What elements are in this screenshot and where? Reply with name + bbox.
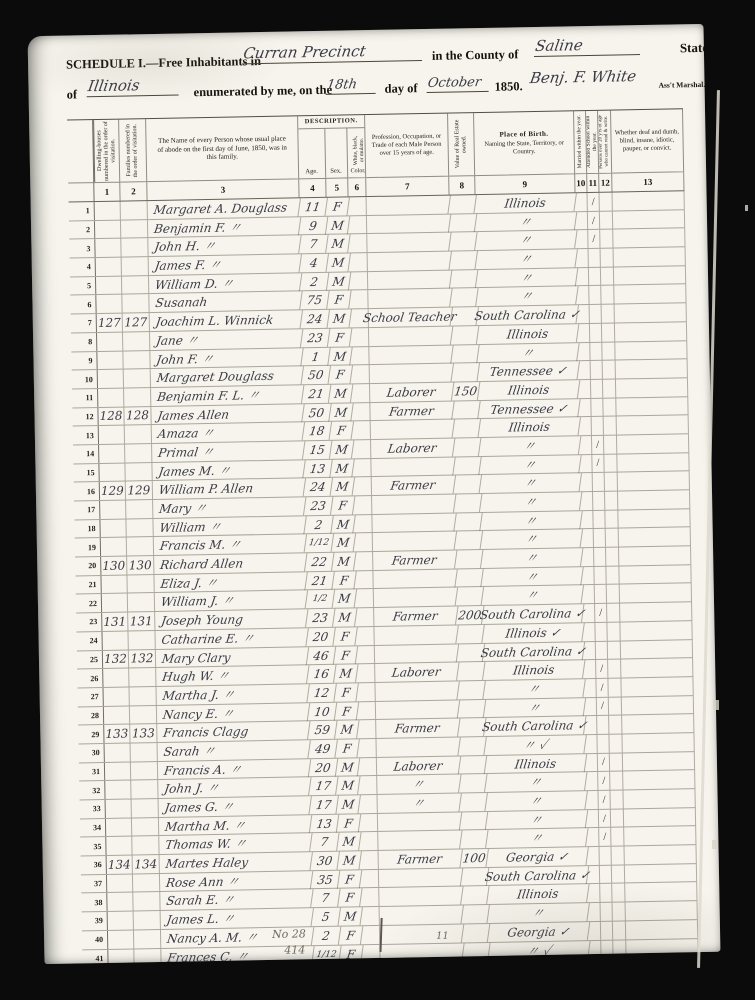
cell-dwelling-number [99, 444, 125, 462]
cell-school-mark [595, 585, 607, 603]
cell-age: 1/2 [306, 590, 335, 608]
col-number: 13 [612, 171, 684, 191]
cell-school-mark [597, 716, 609, 734]
cell-birthplace: 〃 [482, 586, 584, 606]
marshal-label: Ass't Marshal. [658, 80, 705, 90]
cell-color [359, 776, 377, 794]
cell-family-number [130, 706, 157, 724]
cell-age: 2 [300, 273, 329, 291]
cell-condition [621, 658, 693, 677]
cell-condition [614, 285, 686, 304]
cell-married-mark [582, 548, 594, 566]
cell-condition [614, 266, 686, 285]
cell-cannot-read-mark [602, 305, 615, 323]
cell-color [358, 739, 376, 757]
cell-married-mark [583, 623, 595, 641]
cell-person-name: Joachim L. Winnick [149, 310, 303, 331]
cell-school-mark [591, 361, 603, 379]
cell-family-number [127, 537, 154, 555]
county-handwritten: Saline [534, 35, 640, 57]
cell-person-name: Rose Ann 〃 [159, 871, 313, 892]
cell-condition [624, 808, 696, 827]
cell-real-estate-value [455, 531, 483, 549]
cell-condition [619, 565, 691, 584]
col-number: 12 [599, 173, 612, 192]
line-number: 22 [76, 594, 102, 612]
cell-cannot-read-mark [608, 660, 621, 678]
table-rows: 1Margaret A. Douglass11FIllinois/2Benjam… [69, 191, 699, 964]
cell-dwelling-number: 132 [103, 650, 129, 668]
cell-sex: M [333, 590, 357, 608]
line-number: 25 [77, 650, 103, 668]
line-number: 37 [81, 875, 107, 893]
cell-real-estate-value [457, 662, 485, 680]
day-handwritten: 18th [325, 75, 375, 95]
cell-family-number: 133 [130, 724, 157, 742]
description-label: DESCRIPTION. [298, 115, 365, 129]
cell-family-number: 134 [133, 855, 160, 873]
cell-dwelling-number: 127 [97, 314, 123, 332]
cell-married-mark [589, 940, 601, 958]
cell-sex: F [332, 571, 356, 589]
cell-school-mark [601, 940, 613, 958]
cell-sex: M [333, 608, 357, 626]
cell-birthplace: 〃 [481, 567, 583, 587]
cell-school-mark [589, 286, 601, 304]
cell-birthplace: Georgia ✓ [486, 847, 588, 867]
cell-color [359, 758, 377, 776]
cell-age: 1 [301, 347, 330, 365]
cell-person-name: Primal 〃 [151, 441, 305, 462]
cell-color [353, 440, 371, 458]
cell-dwelling-number [105, 762, 131, 780]
cell-sex: M [336, 795, 360, 813]
cell-age: 50 [302, 403, 331, 421]
cell-school-mark: / [598, 753, 610, 771]
cell-real-estate-value [453, 457, 481, 475]
cell-occupation [367, 270, 452, 289]
line-number: 19 [75, 538, 101, 556]
col1-header: Dwelling-houses numbered in the order of… [93, 120, 120, 182]
cell-dwelling-number [96, 276, 122, 294]
cell-dwelling-number: 130 [101, 557, 127, 575]
cell-person-name: Amaza 〃 [151, 423, 305, 444]
cell-birthplace: 〃 [486, 810, 588, 830]
cell-person-name: James G. 〃 [157, 796, 311, 817]
cell-age: 13 [303, 459, 332, 477]
cell-cannot-read-mark [607, 604, 620, 622]
line-number: 20 [75, 557, 101, 575]
cell-birthplace: 〃 [477, 343, 579, 363]
cell-married-mark [576, 230, 588, 248]
cell-birthplace: 〃 ✓ [488, 941, 590, 961]
month-handwritten: October [426, 73, 488, 93]
cell-person-name: William D. 〃 [148, 273, 302, 294]
cell-dwelling-number: 134 [107, 856, 133, 874]
cell-school-mark: / [599, 828, 611, 846]
cell-occupation: Farmer [372, 551, 457, 570]
cell-condition [616, 359, 688, 378]
cell-cannot-read-mark [603, 398, 616, 416]
cell-married-mark [587, 828, 599, 846]
cell-family-number: 129 [126, 481, 153, 499]
cell-cannot-read-mark [609, 734, 622, 752]
cell-birthplace: Illinois [487, 885, 589, 905]
col-number: 4 [299, 178, 326, 197]
cell-married-mark [577, 286, 589, 304]
cell-family-number [122, 276, 149, 294]
line-number: 27 [78, 688, 104, 706]
cell-birthplace: 〃 ✓ [484, 735, 586, 755]
cell-school-mark: / [597, 697, 609, 715]
line-number: 32 [79, 781, 105, 799]
cell-birthplace: 〃 [481, 530, 583, 550]
col3-header: The Name of every Person whose usual pla… [146, 116, 299, 181]
cell-occupation [373, 588, 458, 607]
cell-birthplace: 〃 [484, 698, 586, 718]
cell-sex: M [331, 478, 355, 496]
cell-cannot-read-mark [600, 230, 613, 248]
cell-occupation: Farmer [369, 401, 454, 420]
cell-occupation: Laborer [369, 382, 454, 401]
cell-person-name: Nancy E. 〃 [156, 703, 310, 724]
cell-sex: M [328, 309, 352, 327]
pencil-note-1: No 28 [272, 927, 306, 941]
cell-married-mark [582, 529, 594, 547]
cell-color [355, 571, 373, 589]
cell-school-mark [594, 548, 606, 566]
cell-dwelling-number [106, 799, 132, 817]
cell-person-name: Francis A. 〃 [157, 759, 311, 780]
cell-real-estate-value [456, 625, 484, 643]
age-header: Age. [298, 129, 326, 178]
cell-person-name: William J. 〃 [154, 591, 308, 612]
cell-occupation [378, 887, 463, 906]
cell-cannot-read-mark [603, 379, 616, 397]
cell-birthplace: 〃 [475, 212, 577, 232]
cell-school-mark [591, 398, 603, 416]
cell-dwelling-number: 133 [104, 725, 130, 743]
cell-dwelling-number [101, 575, 127, 593]
census-paper-sheet: SCHEDULE I.—Free Inhabitants in Curran P… [28, 24, 721, 964]
cell-person-name: Susanah [148, 292, 302, 313]
cell-occupation [379, 924, 464, 943]
col11-header: Attended School within the year. [586, 111, 599, 173]
cell-condition [625, 864, 697, 883]
cell-condition [627, 957, 699, 964]
cell-cannot-read-mark [613, 921, 626, 939]
cell-sex: F [334, 683, 358, 701]
cell-family-number [131, 743, 158, 761]
cell-family-number [121, 238, 148, 256]
cell-occupation [372, 569, 457, 588]
cell-person-name: William 〃 [152, 516, 306, 537]
cell-dwelling-number [97, 351, 123, 369]
cell-color [349, 234, 367, 252]
cell-sex: M [327, 253, 351, 271]
cell-cannot-read-mark [602, 342, 615, 360]
cell-real-estate-value [458, 737, 486, 755]
cell-school-mark [589, 249, 601, 267]
line-number: 30 [79, 744, 105, 762]
census-scan-page: { "header": { "schedule_label": "SCHEDUL… [0, 0, 755, 1000]
cell-condition [614, 247, 686, 266]
cell-birthplace: 〃 [476, 268, 578, 288]
of-label: of [67, 87, 78, 102]
cell-school-mark [593, 510, 605, 528]
cell-condition [618, 472, 690, 491]
cell-person-name: Sarah 〃 [156, 740, 310, 761]
cell-sex: M [334, 664, 358, 682]
cell-age: 49 [308, 740, 337, 758]
cell-dwelling-number [108, 930, 134, 948]
cell-age: 7 [299, 235, 328, 253]
state-edge-label: State [680, 40, 708, 57]
cell-dwelling-number [108, 912, 134, 930]
edge-mark [712, 840, 717, 849]
cell-real-estate-value [455, 550, 483, 568]
cell-family-number [132, 836, 159, 854]
cell-sex: F [339, 926, 363, 944]
cell-occupation [372, 532, 457, 551]
col-number: 11 [587, 173, 599, 192]
cell-dwelling-number [108, 949, 134, 964]
cell-dwelling-number: 128 [98, 407, 124, 425]
cell-real-estate-value [454, 513, 482, 531]
cell-cannot-read-mark [600, 193, 613, 211]
cell-married-mark [585, 698, 597, 716]
cell-family-number [127, 575, 154, 593]
cell-family-number [131, 780, 158, 798]
cell-married-mark [579, 361, 591, 379]
cell-family-number [124, 369, 151, 387]
cell-school-mark [591, 380, 603, 398]
cell-family-number [123, 351, 150, 369]
col8-header: Value of Real Estate owned. [448, 113, 475, 175]
cell-age: 20 [309, 758, 338, 776]
cell-married-mark [585, 735, 597, 753]
cell-married-mark [582, 567, 594, 585]
cell-sex: F [337, 814, 361, 832]
cell-dwelling-number [101, 538, 127, 556]
cell-real-estate-value [448, 195, 476, 213]
cell-dwelling-number: 129 [100, 482, 126, 500]
cell-condition [621, 677, 693, 696]
cell-occupation [369, 364, 454, 383]
cell-family-number: 132 [129, 650, 156, 668]
cell-person-name: James F. 〃 [148, 254, 302, 275]
cell-occupation [374, 681, 459, 700]
cell-dwelling-number [95, 202, 121, 220]
cell-sex: M [328, 347, 352, 365]
cell-cannot-read-mark [610, 772, 623, 790]
cell-cannot-read-mark [603, 361, 616, 379]
cell-age: 50 [302, 366, 331, 384]
cell-married-mark [581, 511, 593, 529]
col-number: 3 [147, 178, 299, 200]
line-number: 7 [71, 314, 97, 332]
cell-real-estate-value [451, 326, 479, 344]
cell-condition [616, 397, 688, 416]
cell-color [350, 272, 368, 290]
cell-dwelling-number [107, 874, 133, 892]
cell-occupation [371, 494, 456, 513]
cell-person-name: Benjamin F. L. 〃 [150, 385, 304, 406]
cell-school-mark [590, 324, 602, 342]
cell-family-number [128, 631, 155, 649]
cell-occupation [367, 289, 452, 308]
cell-family-number [123, 332, 150, 350]
cell-sex: M [340, 963, 364, 964]
enumerated-label: enumerated by me, on the [193, 83, 332, 101]
cell-family-number [134, 911, 161, 929]
col-number: 9 [475, 173, 575, 194]
pencil-tick-marks: 11 [436, 931, 449, 942]
cell-school-mark [590, 342, 602, 360]
col-number: 10 [575, 173, 587, 192]
state-handwritten: Illinois [86, 76, 178, 98]
cell-real-estate-value [450, 288, 478, 306]
cell-condition [622, 714, 694, 733]
cell-married-mark [579, 380, 591, 398]
cell-birthplace: Tennessee ✓ [478, 399, 580, 419]
cell-color [357, 646, 375, 664]
cell-cannot-read-mark [609, 697, 622, 715]
cell-real-estate-value [449, 214, 477, 232]
cell-condition [613, 210, 685, 229]
cell-condition [626, 920, 698, 939]
cell-sex: M [326, 216, 350, 234]
cell-cannot-read-mark [604, 417, 617, 435]
cell-school-mark: / [588, 230, 600, 248]
cell-birthplace: Illinois [485, 754, 587, 774]
cell-cannot-read-mark [610, 790, 623, 808]
cell-age: 12 [307, 684, 336, 702]
cell-sex: F [335, 702, 359, 720]
line-number: 38 [81, 893, 107, 911]
cell-birthplace: South Carolina ✓ [477, 305, 579, 325]
cell-real-estate-value [459, 756, 487, 774]
cell-condition [615, 303, 687, 322]
cell-color [358, 720, 376, 738]
cell-birthplace: 〃 [481, 548, 583, 568]
cell-sex: F [335, 739, 359, 757]
cell-real-estate-value: 150 [452, 382, 480, 400]
cell-occupation [366, 233, 451, 252]
cell-condition [619, 528, 691, 547]
cell-occupation [367, 252, 452, 271]
cell-occupation [368, 326, 453, 345]
cell-family-number [134, 948, 161, 964]
line-number: 9 [71, 352, 97, 370]
cell-school-mark [600, 847, 612, 865]
cell-condition [625, 883, 697, 902]
cell-cannot-read-mark [613, 903, 626, 921]
cell-birthplace: 〃 [475, 231, 577, 251]
cell-sex: M [329, 384, 353, 402]
cell-real-estate-value [455, 569, 483, 587]
cell-school-mark [592, 417, 604, 435]
cell-real-estate-value [449, 251, 477, 269]
cell-cannot-read-mark [605, 510, 618, 528]
cell-cannot-read-mark [606, 529, 619, 547]
day-of-label: day of [384, 81, 417, 97]
precinct-handwritten: Curran Precinct [242, 41, 422, 64]
cell-occupation: 〃 [376, 793, 461, 812]
cell-age: 7 [311, 889, 340, 907]
month-text: October [427, 75, 483, 91]
cell-married-mark [580, 417, 592, 435]
cell-condition [622, 696, 694, 715]
col2-header: Families numbered in the order of visita… [119, 119, 147, 181]
cell-age: 59 [308, 721, 337, 739]
cell-school-mark [597, 735, 609, 753]
cell-color [356, 589, 374, 607]
cell-person-name: James M. 〃 [151, 460, 305, 481]
cell-married-mark [587, 810, 599, 828]
cell-sex: M [336, 758, 360, 776]
cell-real-estate-value [453, 438, 481, 456]
cell-color [363, 963, 381, 964]
cell-person-name: Benjamin F. 〃 [147, 217, 301, 238]
cell-family-number [130, 687, 157, 705]
col12-header: Persons over 20 y'rs of age who cannot r… [598, 111, 612, 173]
cell-birthplace: 〃 [480, 511, 582, 531]
cell-dwelling-number: 131 [102, 613, 128, 631]
cell-condition [613, 191, 685, 210]
cell-cannot-read-mark [606, 548, 619, 566]
cell-birthplace: 〃 [476, 287, 578, 307]
cell-age: 23 [304, 497, 333, 515]
cell-school-mark: / [592, 454, 604, 472]
cell-birthplace: South Carolina ✓ [487, 866, 589, 886]
cell-cannot-read-mark [609, 716, 622, 734]
cell-dwelling-number [96, 258, 122, 276]
cell-color [353, 459, 371, 477]
schedule-title: SCHEDULE I.—Free Inhabitants in [66, 54, 261, 73]
cell-birthplace: Tennessee ✓ [478, 361, 580, 381]
cell-color [354, 515, 372, 533]
cell-person-name: Eliza J. 〃 [153, 572, 307, 593]
cell-school-mark [601, 922, 613, 940]
cell-color [362, 944, 380, 962]
cell-sex: F [338, 889, 362, 907]
cell-age: 1/12 [305, 534, 334, 552]
cell-real-estate-value [462, 924, 490, 942]
cell-occupation [365, 196, 450, 215]
cell-married-mark [588, 884, 600, 902]
cell-occupation [368, 345, 453, 364]
cell-sex: F [329, 366, 353, 384]
cell-real-estate-value [452, 401, 480, 419]
cell-condition [616, 378, 688, 397]
cell-real-estate-value: 100 [460, 849, 488, 867]
line-number: 24 [76, 632, 102, 650]
cell-family-number [122, 257, 149, 275]
cell-birthplace: Illinois [478, 380, 580, 400]
cell-age: 35 [311, 870, 340, 888]
cell-condition [620, 621, 692, 640]
cell-color [356, 627, 374, 645]
line-number: 36 [81, 856, 107, 874]
sex-header: Sex. [325, 128, 348, 177]
cell-real-estate-value [458, 700, 486, 718]
col-number: 7 [366, 176, 449, 197]
year-label: 1850. [494, 79, 522, 95]
cell-age: 24 [301, 310, 330, 328]
table-header: Dwelling-houses numbered in the order of… [67, 108, 684, 202]
line-number: 17 [74, 501, 100, 519]
